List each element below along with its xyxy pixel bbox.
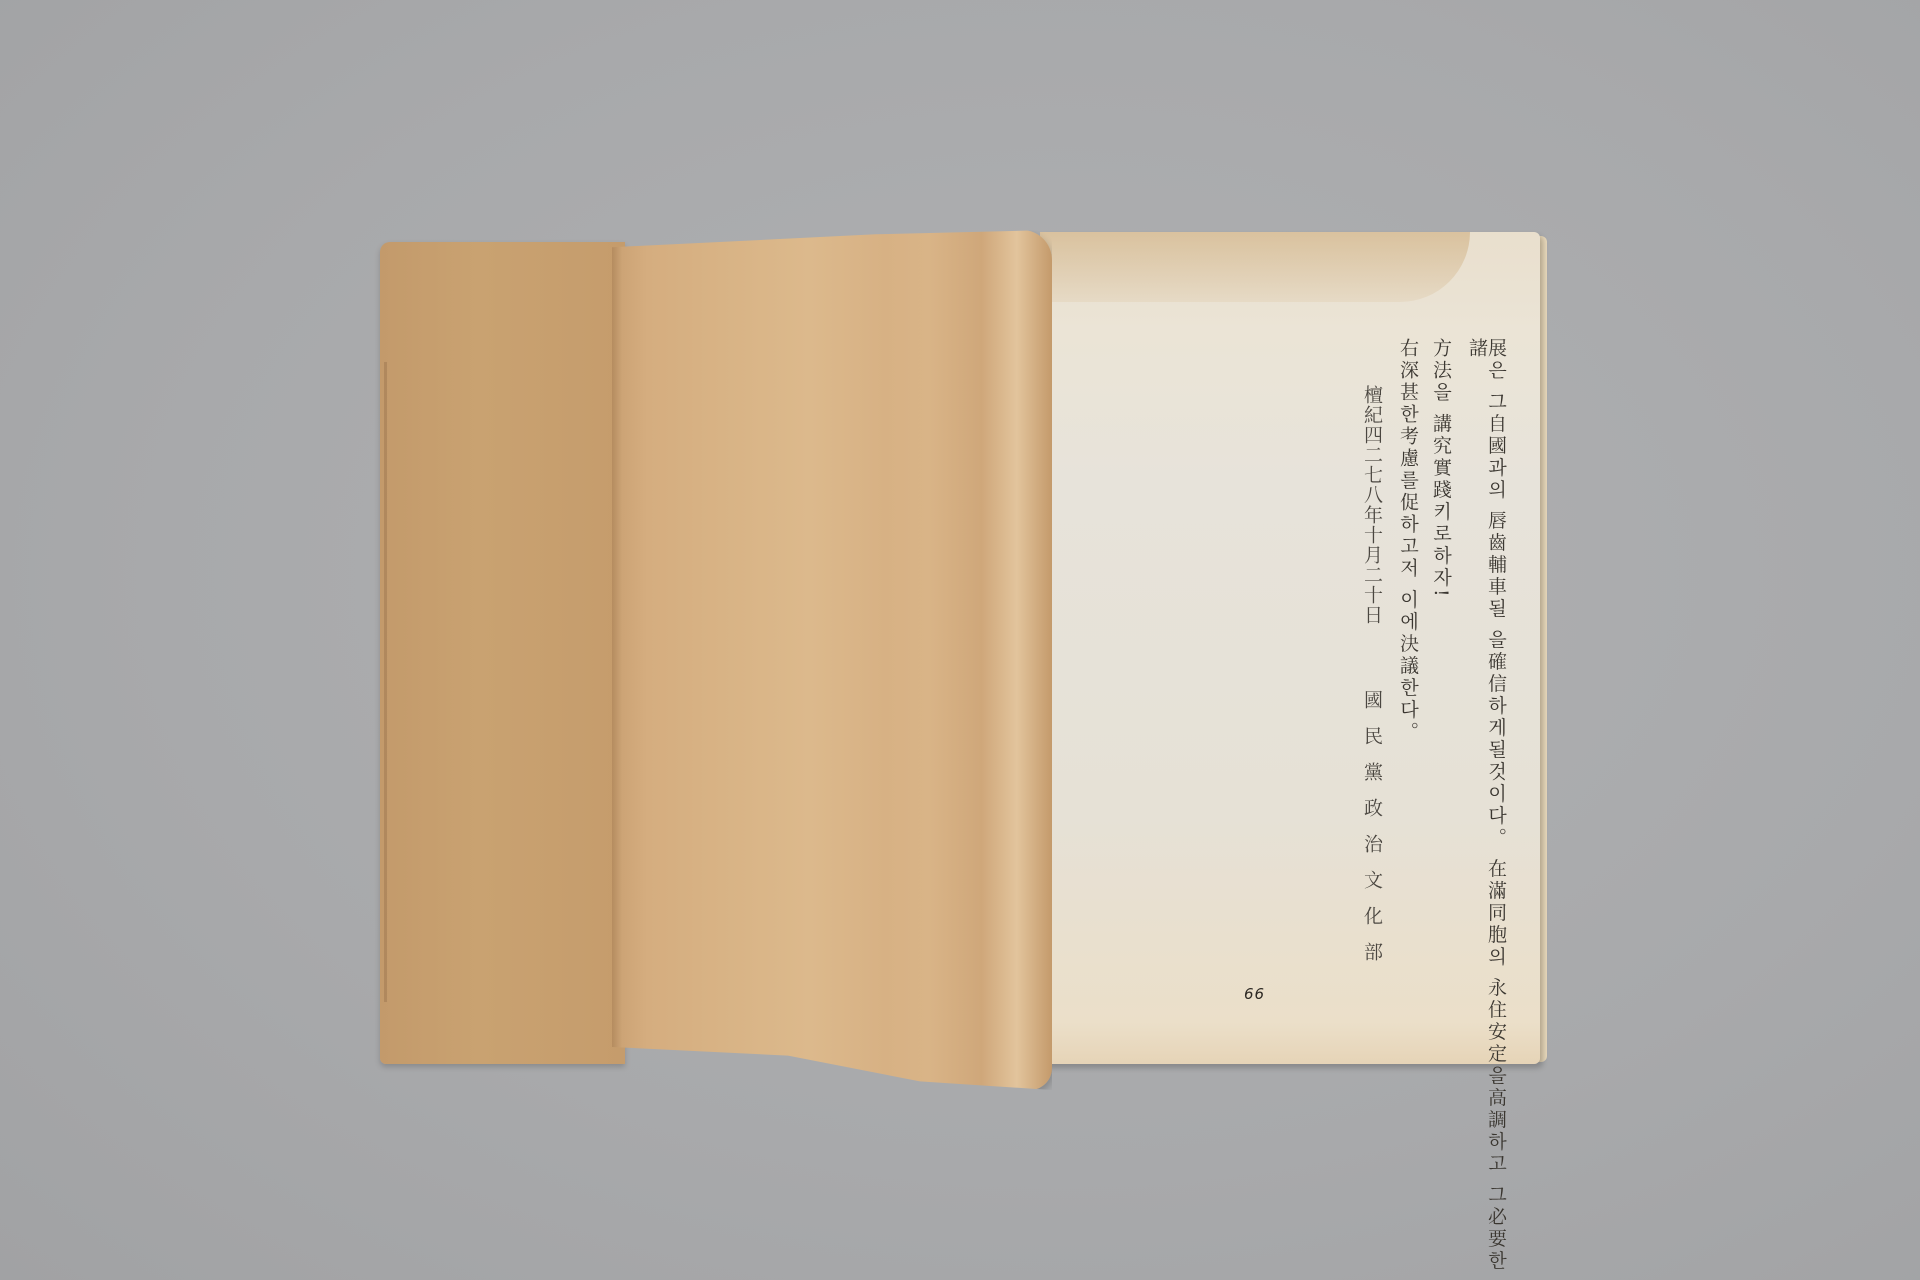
booklet: 展은 그自國과의 唇齒輔車될 을確信하게될것이다。 在滿同胞의 永住安定을高調하… xyxy=(0,0,1920,1280)
text-column-1: 展은 그自國과의 唇齒輔車될 을確信하게될것이다。 在滿同胞의 永住安定을高調하… xyxy=(1467,338,1505,1280)
back-cover xyxy=(380,242,625,1064)
text-page xyxy=(1040,232,1540,1064)
text-column-3: 右深甚한考慮를促하고저 이에決議한다。 xyxy=(1398,338,1417,743)
publisher-name: 國民黨政治文化部 xyxy=(1362,690,1381,978)
text-column-2: 方法을 講究實踐키로하자! xyxy=(1431,338,1450,600)
folded-front-cover[interactable] xyxy=(612,230,1052,1090)
resolution-date: 檀紀四二七八年十月二十日 xyxy=(1362,385,1381,625)
page-number: 66 xyxy=(1244,985,1265,1003)
